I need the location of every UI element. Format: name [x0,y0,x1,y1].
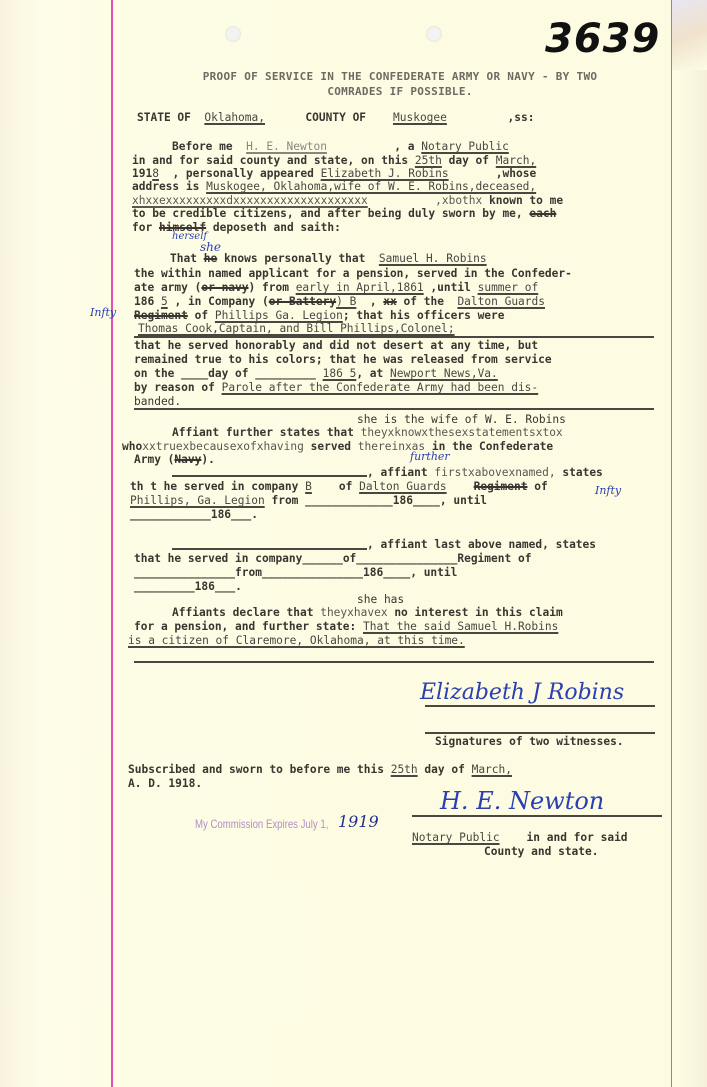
deposeth-text: deposeth and saith: [213,221,341,234]
further-state-text: for a pension, and further state: [134,620,356,633]
punch-hole-icon [426,26,442,42]
first-affiant-line-1: , affiant firstxabovexnamed, states [367,466,603,479]
service-line-11: banded. [134,395,181,408]
unit-value: Dalton Guards [457,295,545,308]
from-label: ) from [249,281,289,294]
year-186: 186 [363,566,383,579]
service-line-4: 186 5 , in Company (or Battery) B , xx o… [134,295,545,308]
until-label: ,until [430,281,470,294]
declaration-line-2: for a pension, and further state: That t… [134,620,558,633]
day-of-label: day of [449,154,489,167]
intro-month: March, [496,154,536,167]
appeared-label: , personally appeared [172,167,313,180]
intro-day: 25th [415,154,442,167]
last-affiant-line-4: _________186___. [134,580,242,593]
who-label: who [122,440,142,453]
folded-corner [672,0,707,70]
further-handwritten: further [410,450,450,463]
affiant-further-line-2: whoxxtruexbecausexofxhaving served there… [122,440,553,453]
before-me-label: Before me [172,140,233,153]
confederate-text: in the Confederate [432,440,553,453]
notary-signature: H. E. Newton [440,787,604,815]
service-from: early in April,1861 [296,281,424,294]
struck-text: theyxhavex [320,606,387,619]
commission-year-handwritten: 1919 [338,812,379,831]
state-label: STATE OF [137,111,191,124]
ate-army: ate army ( [134,281,201,294]
struck-prefix: xx [383,295,396,308]
right-margin-line [671,0,672,1087]
service-line-5: Regiment of Phillips Ga. Legion; that hi… [134,309,505,322]
company-value: ) B [336,295,356,308]
intro-line-5: xhxxexxxxxxxxxdxxxxxxxxxxxxxxxxxxxx ,xbo… [132,194,563,207]
county-value: Muskogee [393,111,447,124]
left-margin-line [111,0,113,1087]
fill-rule [134,336,654,338]
navy-struck: Navy [174,453,201,466]
known-label: known to me [489,194,563,207]
at-label: , at [356,367,383,380]
notary-title: Notary Public [421,140,509,153]
punch-hole-icon [225,26,241,42]
witness-signature: Elizabeth J Robins [420,680,624,705]
document-title: PROOF OF SERVICE IN THE CONFEDERATE ARMY… [130,70,670,83]
notary-title: Notary Public [412,831,500,844]
fill-rule [134,661,654,663]
or-navy-struck: or navy [201,281,248,294]
service-line-9: on the ____day of _________ 186 5, at Ne… [134,367,498,380]
year-186: 186 [195,580,215,593]
address-value: Muskogee, Oklahoma,wife of W. E. Robins,… [206,180,536,193]
signature-line [425,705,655,707]
day-of-label: day of [208,367,248,380]
service-line-10: by reason of Parole after the Confederat… [134,381,538,394]
both-struck: ,xbothx [435,194,482,207]
file-number: 3639 [545,16,660,62]
affiant-name-blank[interactable] [172,475,367,477]
struck-text: theyxknowxthesexstatementsxtox [361,426,563,439]
infty-handwritten: Infty [90,306,116,319]
struck-text: xhxxexxxxxxxxxdxxxxxxxxxxxxxxxxxxxx [132,194,368,207]
first-affiant-line-3: Phillips, Ga. Legion from _____________1… [130,494,487,507]
service-line-7: that he served honorably and did not des… [134,339,538,352]
affiant-further-line-3: Army (Navy). [134,453,215,466]
intro-line-3: 1918 , personally appeared Elizabeth J. … [132,167,536,180]
insert-above-text: she is the wife of W. E. Robins [357,413,566,426]
declaration-value: That the said Samuel H.Robins [363,620,558,633]
intro-text: in and for said county and state, on thi… [132,154,408,167]
in-and-for-text: in and for said [527,831,628,844]
served-label: served [311,440,351,453]
states-label: states [562,466,602,479]
venue-line: STATE OF Oklahoma, COUNTY OF Muskogee ,s… [137,111,534,124]
or-battery-struck: or Battery [269,295,336,308]
document-subtitle: COMRADES IF POSSIBLE. [130,85,670,98]
year-prefix: 186 [134,295,154,308]
that-he-text: th t he served in company [130,480,298,493]
service-line-6: Thomas Cook,Captain, and Bill Phillips,C… [138,322,455,335]
notary-title-line: Notary Public in and for said [412,831,628,844]
in-company: , in Company ( [174,295,268,308]
he-struck: he [204,252,217,265]
appeared-name: Elizabeth J. Robins [321,167,449,180]
period: . [251,508,258,521]
county-state-label: County and state. [484,845,599,858]
until-label: , until [440,494,487,507]
insert-above-text: she has [357,593,404,606]
ss-label: ,ss: [508,111,535,124]
on-the-label: on the [134,367,174,380]
of-the: of the [404,295,444,308]
regiment-struck: Regiment [474,480,528,493]
knows-text: knows personally that [224,252,365,265]
each-struck: each [529,207,556,220]
signature-line [425,732,655,734]
first-affiant-line-2: th t he served in company B of Dalton Gu… [130,480,548,493]
signature-line [412,815,662,817]
period: . [235,580,242,593]
struck-text: xxtruexbecausexofxhaving [142,440,304,453]
first-affiant-line-4: ____________186___. [130,508,258,521]
legion-value: Phillips Ga. Legion [215,309,343,322]
whose-label: ,whose [496,167,536,180]
affiant-further-text: Affiant further states that [172,426,354,439]
address-label: address is [132,180,199,193]
regiment-of-label: Regiment of [457,552,531,565]
intro-line-2: in and for said county and state, on thi… [132,154,536,167]
service-line-1: That he knows personally that Samuel H. … [170,252,487,265]
affiant-further-line-1: Affiant further states that theyxknowxth… [172,426,563,439]
year-prefix: 191 [132,167,152,180]
affiant-name-blank[interactable] [172,548,367,550]
officers-label: ; that his officers were [343,309,505,322]
service-line-8: remained true to his colors; that he was… [134,353,552,366]
jurat-month: March, [472,763,512,776]
officers-value: Thomas Cook,Captain, and Bill Phillips,C… [138,322,455,335]
declare-text: Affiants declare that [172,606,313,619]
legion-value: Phillips, Ga. Legion [130,494,265,507]
declaration-line-1: Affiants declare that theyxhavex no inte… [172,606,563,619]
year-186: 186 [393,494,413,507]
declaration-line-3: is a citizen of Claremore, Oklahoma, at … [128,634,465,647]
released-year: 186 5 [323,367,357,380]
affiant-label: , affiant [367,466,428,479]
unit-value: Dalton Guards [359,480,447,493]
intro-line-4: address is Muskogee, Oklahoma,wife of W.… [132,180,536,193]
year-186: 186 [211,508,231,521]
last-affiant-line-1: , affiant last above named, states [367,538,596,551]
of-label: of [534,480,547,493]
until-label: , until [410,566,457,579]
service-line-2: the within named applicant for a pension… [134,267,572,280]
last-affiant-line-3: _______________from_______________186___… [134,566,457,579]
county-label: COUNTY OF [305,111,366,124]
year-suffix: 8 [152,167,159,180]
paren-close: ). [201,453,214,466]
struck-text: firstxabovexnamed, [434,466,555,479]
service-until-year: 5 [161,295,168,308]
company-value: B [305,480,312,493]
service-line-3: ate army (or navy) from early in April,1… [134,281,538,294]
regiment-struck: Regiment [134,309,188,322]
army-label: Army ( [134,453,174,466]
service-until: summer of [478,281,539,294]
subscribed-text: Subscribed and sworn to before me this [128,763,384,776]
jurat-day: 25th [391,763,418,776]
released-place: Newport News,Va. [390,367,498,380]
credible-text: to be credible citizens, and after being… [132,207,523,220]
commission-stamp: My Commission Expires July 1, [195,817,328,831]
intro-line-1: Before me H. E. Newton , a Notary Public [172,140,509,153]
jurat-line-2: A. D. 1918. [128,777,202,790]
a-label: , a [394,140,414,153]
of-label: of [195,309,208,322]
reason-value: Parole after the Confederate Army had be… [222,381,539,394]
by-reason-label: by reason of [134,381,215,394]
witnesses-label: Signatures of two witnesses. [435,735,624,748]
intro-line-7: for himself deposeth and saith: [132,221,341,234]
intro-line-6: to be credible citizens, and after being… [132,207,556,220]
that-label: That [170,252,197,265]
from-label: from [271,494,298,507]
of-label: of [343,552,356,565]
applicant-name: Samuel H. Robins [379,252,487,265]
fill-rule [134,408,654,410]
last-affiant-line-2: that he served in company______of_______… [134,552,531,565]
from-label: from [235,566,262,579]
day-of-label: day of [424,763,464,776]
interest-text: no interest in this claim [394,606,562,619]
of-label: of [339,480,352,493]
declaration-value: is a citizen of Claremore, Oklahoma, at … [128,634,465,647]
jurat-line-1: Subscribed and sworn to before me this 2… [128,763,512,776]
notary-name: H. E. Newton [246,140,327,153]
state-value: Oklahoma, [204,111,265,124]
infty-handwritten: Infty [595,484,621,497]
that-he-text: that he served in company [134,552,302,565]
for-label: for [132,221,152,234]
